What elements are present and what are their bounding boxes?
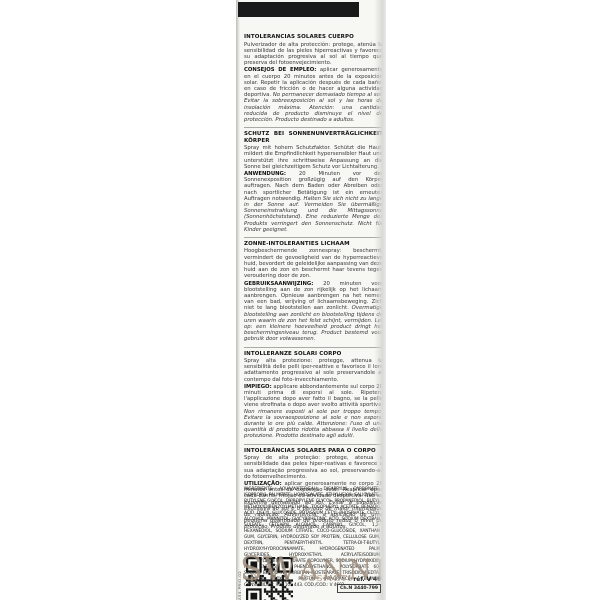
usage-label-it: IMPIEGO: — [244, 384, 272, 390]
section-heading-it: INTOLLERANZE SOLARI CORPO — [244, 351, 383, 358]
product-label: INTOLERANCIAS SOLARES CUERPO Pulverizado… — [236, 0, 386, 600]
watermark-cosmeti: COSMETI — [301, 574, 353, 584]
section-intro-de: Spray mit hohem Schutzfaktor. Schützt di… — [244, 145, 383, 170]
section-intro-nl: Hoogbeschermende zonnespray: beschermt, … — [244, 248, 383, 279]
usage-label-de: ANWENDUNG: — [244, 171, 286, 177]
section-heading-de: SCHUTZ BEI SONNENUNVERTRÄGLICHKEIT KÖRPE… — [244, 131, 383, 144]
label-top-black-bar — [238, 2, 359, 17]
section-usage-it: IMPIEGO: applicare abbondantemente sul c… — [244, 384, 383, 440]
section-heading-nl: ZONNE-INTOLERANTIES LICHAAM — [244, 241, 383, 248]
usage-label-nl: GEBRUIKSAANWIJZING: — [244, 281, 313, 287]
label-left-edge-shadow — [236, 0, 240, 600]
section-intro-it: Spray alta protezione: protegge, attenua… — [244, 358, 383, 383]
bottom-reference-line: R COSMETI réf. V 4602 02 — [250, 574, 386, 584]
section-german: SCHUTZ BEI SONNENUNVERTRÄGLICHKEIT KÖRPE… — [244, 127, 383, 233]
warning-de: Halten Sie sich nicht zu lange in der So… — [244, 196, 383, 233]
section-italian: INTOLLERANZE SOLARI CORPO Spray alta pro… — [244, 347, 383, 440]
batch-number-box: Ch.N 3440-799 — [337, 584, 381, 593]
side-print-code: A54-PRIO-02 — [237, 542, 242, 600]
section-spanish: INTOLERANCIAS SOLARES CUERPO Pulverizado… — [244, 34, 383, 123]
section-usage-es: CONSEJOS DE EMPLEO: aplicar generosament… — [244, 67, 383, 123]
section-intro-es: Pulverizador de alta protección: protege… — [244, 42, 383, 67]
section-intro-pt: Spray de alta proteção: protege, atenua … — [244, 455, 383, 480]
usage-label-es: CONSEJOS DE EMPLEO: — [244, 67, 316, 73]
section-heading-pt: INTOLERÂNCIAS SOLARES PARA O CORPO — [244, 448, 383, 455]
section-dutch: ZONNE-INTOLERANTIES LICHAAM Hoogbescherm… — [244, 237, 383, 343]
label-text-column: INTOLERANCIAS SOLARES CUERPO Pulverizado… — [244, 34, 383, 531]
section-usage-de: ANWENDUNG: 20 Minuten vor der Sonnenexpo… — [244, 171, 383, 233]
label-right-edge-shadow — [374, 0, 386, 600]
watermark-letter-r: R — [250, 574, 257, 584]
warning-it: Non rimanere esposti al sole per troppo … — [244, 409, 383, 440]
warning-nl: Overmatige blootstelling aan zonlicht en… — [244, 305, 383, 342]
section-usage-nl: GEBRUIKSAANWIJZING: 20 minuten voor bloo… — [244, 281, 383, 343]
section-heading-es: INTOLERANCIAS SOLARES CUERPO — [244, 34, 383, 41]
